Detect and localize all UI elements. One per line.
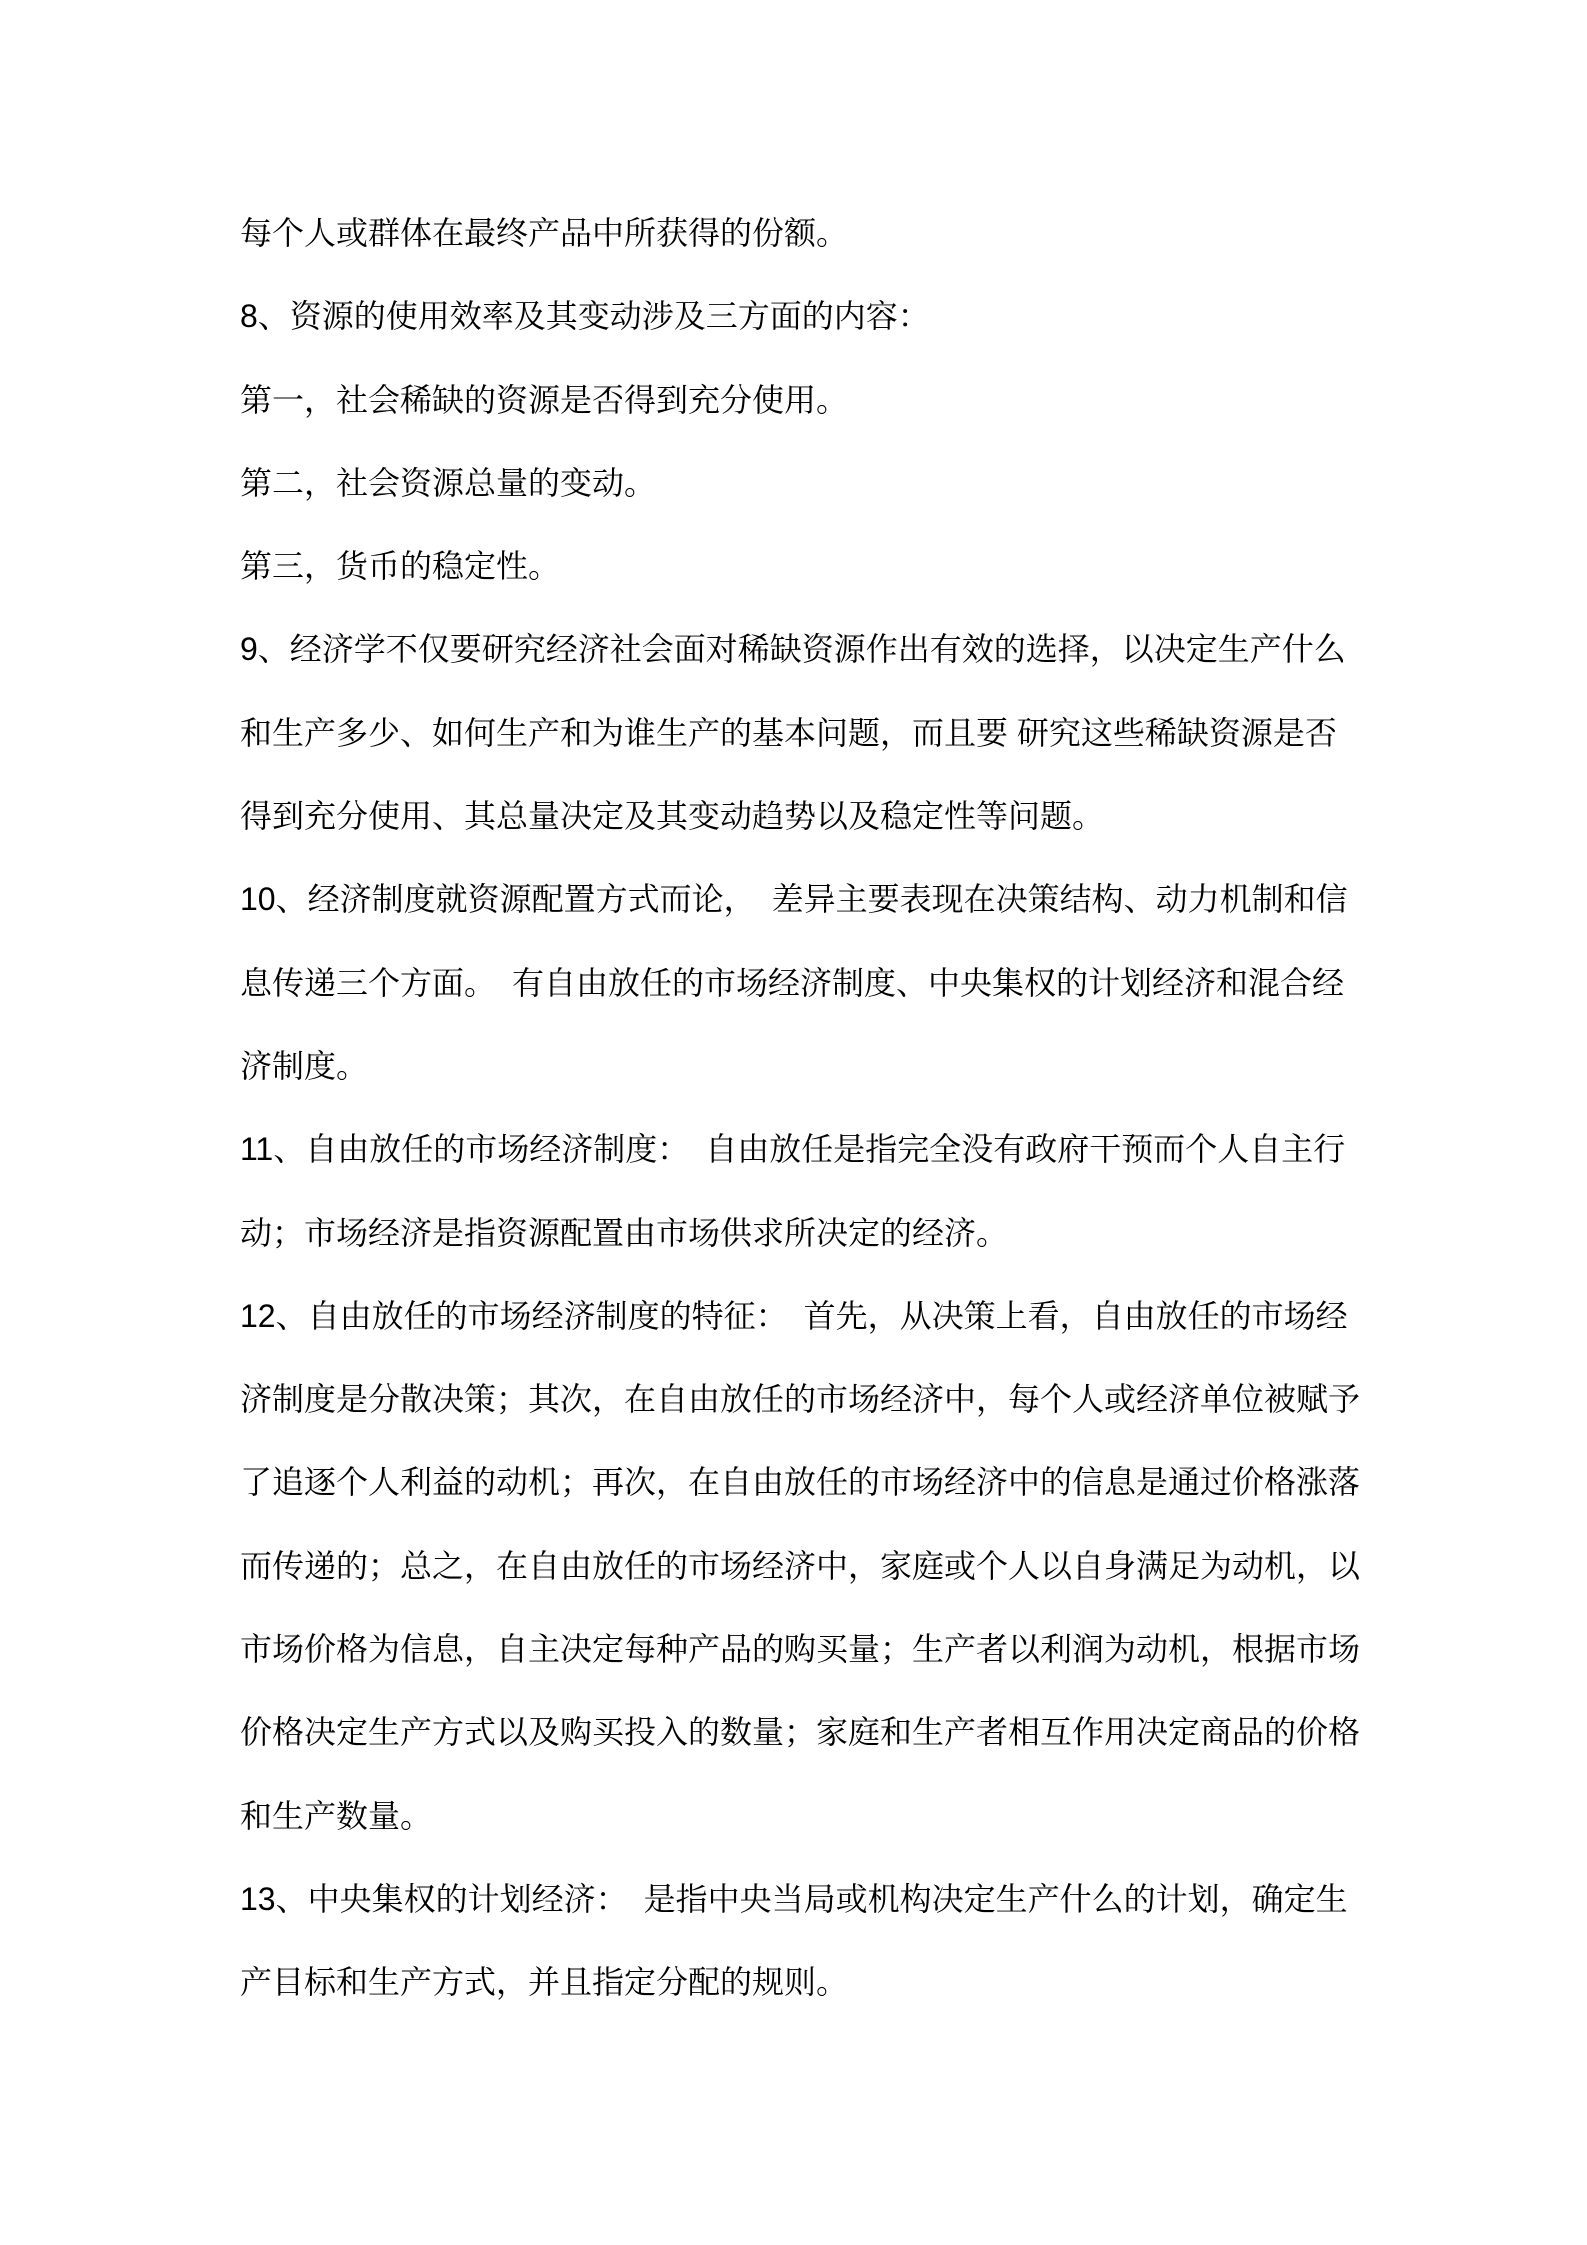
text-line: 和生产多少、如何生产和为谁生产的基本问题，而且要 研究这些稀缺资源是否 [240, 692, 1450, 775]
text-line: 和生产数量。 [240, 1775, 1450, 1858]
text-line: 第三，货币的稳定性。 [240, 525, 1450, 608]
text-line: 第二，社会资源总量的变动。 [240, 442, 1450, 525]
text-line: 济制度是分散决策；其次，在自由放任的市场经济中，每个人或经济单位被赋予 [240, 1358, 1450, 1441]
text-line: 济制度。 [240, 1025, 1450, 1108]
text-line: 10、经济制度就资源配置方式而论， 差异主要表现在决策结构、动力机制和信 [240, 858, 1450, 941]
text-line: 得到充分使用、其总量决定及其变动趋势以及稳定性等问题。 [240, 775, 1450, 858]
text-line: 市场价格为信息，自主决定每种产品的购买量；生产者以利润为动机，根据市场 [240, 1608, 1450, 1691]
text-line: 息传递三个方面。 有自由放任的市场经济制度、中央集权的计划经济和混合经 [240, 942, 1450, 1025]
text-line: 了追逐个人利益的动机；再次，在自由放任的市场经济中的信息是通过价格涨落 [240, 1441, 1450, 1524]
document-text-block: 每个人或群体在最终产品中所获得的份额。 8、资源的使用效率及其变动涉及三方面的内… [240, 192, 1450, 2025]
text-line: 12、自由放任的市场经济制度的特征： 首先，从决策上看，自由放任的市场经 [240, 1275, 1450, 1358]
text-line: 动；市场经济是指资源配置由市场供求所决定的经济。 [240, 1192, 1450, 1275]
text-line: 13、中央集权的计划经济： 是指中央当局或机构决定生产什么的计划，确定生 [240, 1858, 1450, 1941]
text-line: 第一，社会稀缺的资源是否得到充分使用。 [240, 359, 1450, 442]
text-line: 11、自由放任的市场经济制度： 自由放任是指完全没有政府干预而个人自主行 [240, 1108, 1450, 1191]
text-line: 产目标和生产方式，并且指定分配的规则。 [240, 1941, 1450, 2024]
text-line: 8、资源的使用效率及其变动涉及三方面的内容： [240, 275, 1450, 358]
text-line: 而传递的；总之，在自由放任的市场经济中，家庭或个人以自身满足为动机，以 [240, 1525, 1450, 1608]
text-line: 价格决定生产方式以及购买投入的数量；家庭和生产者相互作用决定商品的价格 [240, 1691, 1450, 1774]
text-line: 每个人或群体在最终产品中所获得的份额。 [240, 192, 1450, 275]
document-page: 每个人或群体在最终产品中所获得的份额。 8、资源的使用效率及其变动涉及三方面的内… [0, 0, 1587, 2245]
text-line: 9、经济学不仅要研究经济社会面对稀缺资源作出有效的选择，以决定生产什么 [240, 608, 1450, 691]
